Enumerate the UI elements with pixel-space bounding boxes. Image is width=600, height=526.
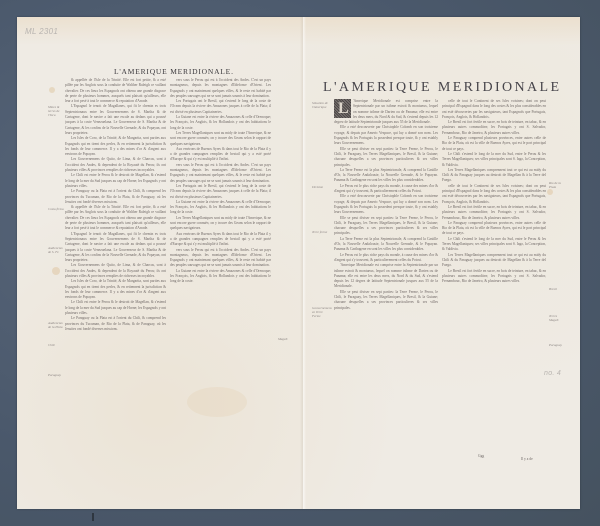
paragraph: Aux environs de Buenos Ayres & dans tout…: [170, 147, 271, 163]
paragraph: & appellée de l'Isle de la Trinité. Elle…: [65, 78, 166, 104]
paragraph: Elle a esté descouverte par Christophle …: [334, 194, 438, 215]
margin-note: Paraguay: [549, 343, 567, 347]
margin-note: Costa firma: [48, 207, 66, 211]
margin-note: Bresil: [549, 287, 567, 291]
paragraph: La Terre Ferme est la plus Septentrional…: [334, 168, 438, 184]
mount-mark: [92, 513, 94, 521]
left-page-title: L'AMERIQUE MERIDIONALE.: [114, 67, 234, 76]
left-page: L'AMERIQUE MERIDIONALE. & appellée de l'…: [17, 17, 300, 509]
paragraph: vers sous le Perou qui est à l'occident …: [170, 248, 271, 269]
paragraph: Le Perou est le plus riche pays du monde…: [334, 184, 438, 195]
paragraph: Les Isles de Coro, de la Trinité, & de M…: [65, 279, 166, 300]
right-page-column-2: celle de tout le Continent de ses Isles …: [442, 99, 546, 455]
decorated-initial: L: [334, 99, 351, 118]
paragraph: Le Chili s'estend le long de la mer du S…: [442, 237, 546, 253]
paragraph: L'Espagnol le tenoit de Magallanes, qui …: [65, 104, 166, 136]
paragraph: Les Gouvernemens de Quito, de Lima, & de…: [65, 157, 166, 173]
paragraph: celle de tout le Continent de ses Isles …: [442, 99, 546, 120]
paragraph: Le Perou est le plus riche pays du monde…: [334, 253, 438, 264]
paragraph: Le Chili s'estend le long de la mer du S…: [442, 152, 546, 168]
paragraph: La Guiane est entre la riviere des Amazo…: [170, 200, 271, 216]
right-page-column-1: L 'Amerique Meridionale est comprise ent…: [334, 99, 438, 459]
paragraph: Les Terres Magellaniques sont au midy de…: [170, 216, 271, 232]
paragraph: L'Espagnol le tenoit de Magallanes, qui …: [65, 232, 166, 264]
paragraph: La Terre Ferme est la plus Septentrional…: [334, 237, 438, 253]
paragraph: 'Amerique Meridionale est comprise entre…: [334, 263, 438, 289]
margin-note: Paraguay: [48, 373, 66, 377]
paragraph: vers sous le Perou qui est à l'occident …: [170, 78, 271, 99]
paragraph: Les Isles de Coro, de la Trinité, & de M…: [65, 136, 166, 157]
paragraph: Les Portugais ont le Bresil, qui s'esten…: [170, 99, 271, 115]
paragraph: Les Terres Magellaniques sont au midy de…: [170, 131, 271, 147]
paragraph: celle de tout le Continent de ses Isles …: [442, 184, 546, 205]
paragraph: Le Paraguay comprend plusieurs provinces…: [442, 136, 546, 152]
paragraph: Les Terres Magellaniques comprennent tou…: [442, 168, 546, 184]
right-page: L'AMERIQUE MERIDIONALE L 'Amerique Merid…: [306, 17, 580, 509]
paragraph: Elle a esté descouverte par Christophle …: [334, 125, 438, 146]
paragraph: Elle se peut diviser en sept parties: la…: [334, 147, 438, 168]
paragraph: Aux environs de Buenos Ayres & dans tout…: [170, 232, 271, 248]
paragraph: & appellée de l'Isle de la Trinité. Elle…: [65, 205, 166, 231]
paragraph: vers sous le Perou qui est à l'occident …: [170, 163, 271, 184]
paragraph: Les Terres Magellaniques comprennent tou…: [442, 253, 546, 269]
left-page-column-1: & appellée de l'Isle de la Trinité. Elle…: [65, 78, 166, 458]
margin-note: Division: [312, 185, 330, 189]
paragraph: Le Paraguay comprend plusieurs provinces…: [442, 221, 546, 237]
paper-sheet: ML 2301 no. 4 L'AMERIQUE MERIDIONALE. & …: [17, 17, 580, 509]
paragraph: Le Bresil est fort fertile en sucre, en …: [442, 205, 546, 221]
paragraph: Le Chili est entre le Perou & le destroi…: [65, 173, 166, 189]
margin-note: Situation de l'Amerique: [312, 101, 330, 109]
paragraph: Les Gouvernemens de Quito, de Lima, & de…: [65, 263, 166, 279]
margin-note: Gouvernemens en Terre Ferme: [312, 306, 330, 318]
paragraph: Le Paraguay ou la Plata est à l'orient d…: [65, 316, 166, 332]
catchword: Il y a de: [521, 457, 533, 461]
paragraph: Le Chili est entre le Perou & le destroi…: [65, 300, 166, 316]
margin-note: Terre ferme: [312, 230, 330, 234]
paragraph: La Guiane est entre la riviere des Amazo…: [170, 115, 271, 131]
paragraph: Le Bresil est fort fertile en sucre, en …: [442, 120, 546, 136]
initial-letter: L: [338, 100, 349, 117]
margin-note: Terres Magell.: [549, 314, 567, 322]
paragraph: Elle se peut diviser en sept parties: la…: [334, 216, 438, 237]
paragraph: Le Paraguay ou la Plata est à l'orient d…: [65, 189, 166, 205]
paragraph: Le Bresil est fort fertile en sucre, en …: [442, 269, 546, 285]
margin-note: Mines & terres de l'Inca: [48, 105, 66, 117]
paragraph: Elle se peut diviser en sept parties: la…: [334, 290, 438, 311]
margin-note: Chili: [48, 343, 66, 347]
margin-note: Magell.: [278, 337, 296, 341]
paragraph: Les Portugais ont le Bresil, qui s'esten…: [170, 184, 271, 200]
margin-note: Rio de la Plata: [549, 181, 567, 189]
margin-note: Audiencias de la Plata: [48, 321, 66, 329]
right-page-title: L'AMERIQUE MERIDIONALE: [323, 80, 561, 96]
left-page-column-2: vers sous le Perou qui est à l'occident …: [170, 78, 271, 444]
paragraph: La Guiane est entre la riviere des Amazo…: [170, 269, 271, 285]
signature-mark: Ggg: [478, 454, 484, 458]
margin-note: Audiencias de S. Fe: [48, 246, 66, 254]
